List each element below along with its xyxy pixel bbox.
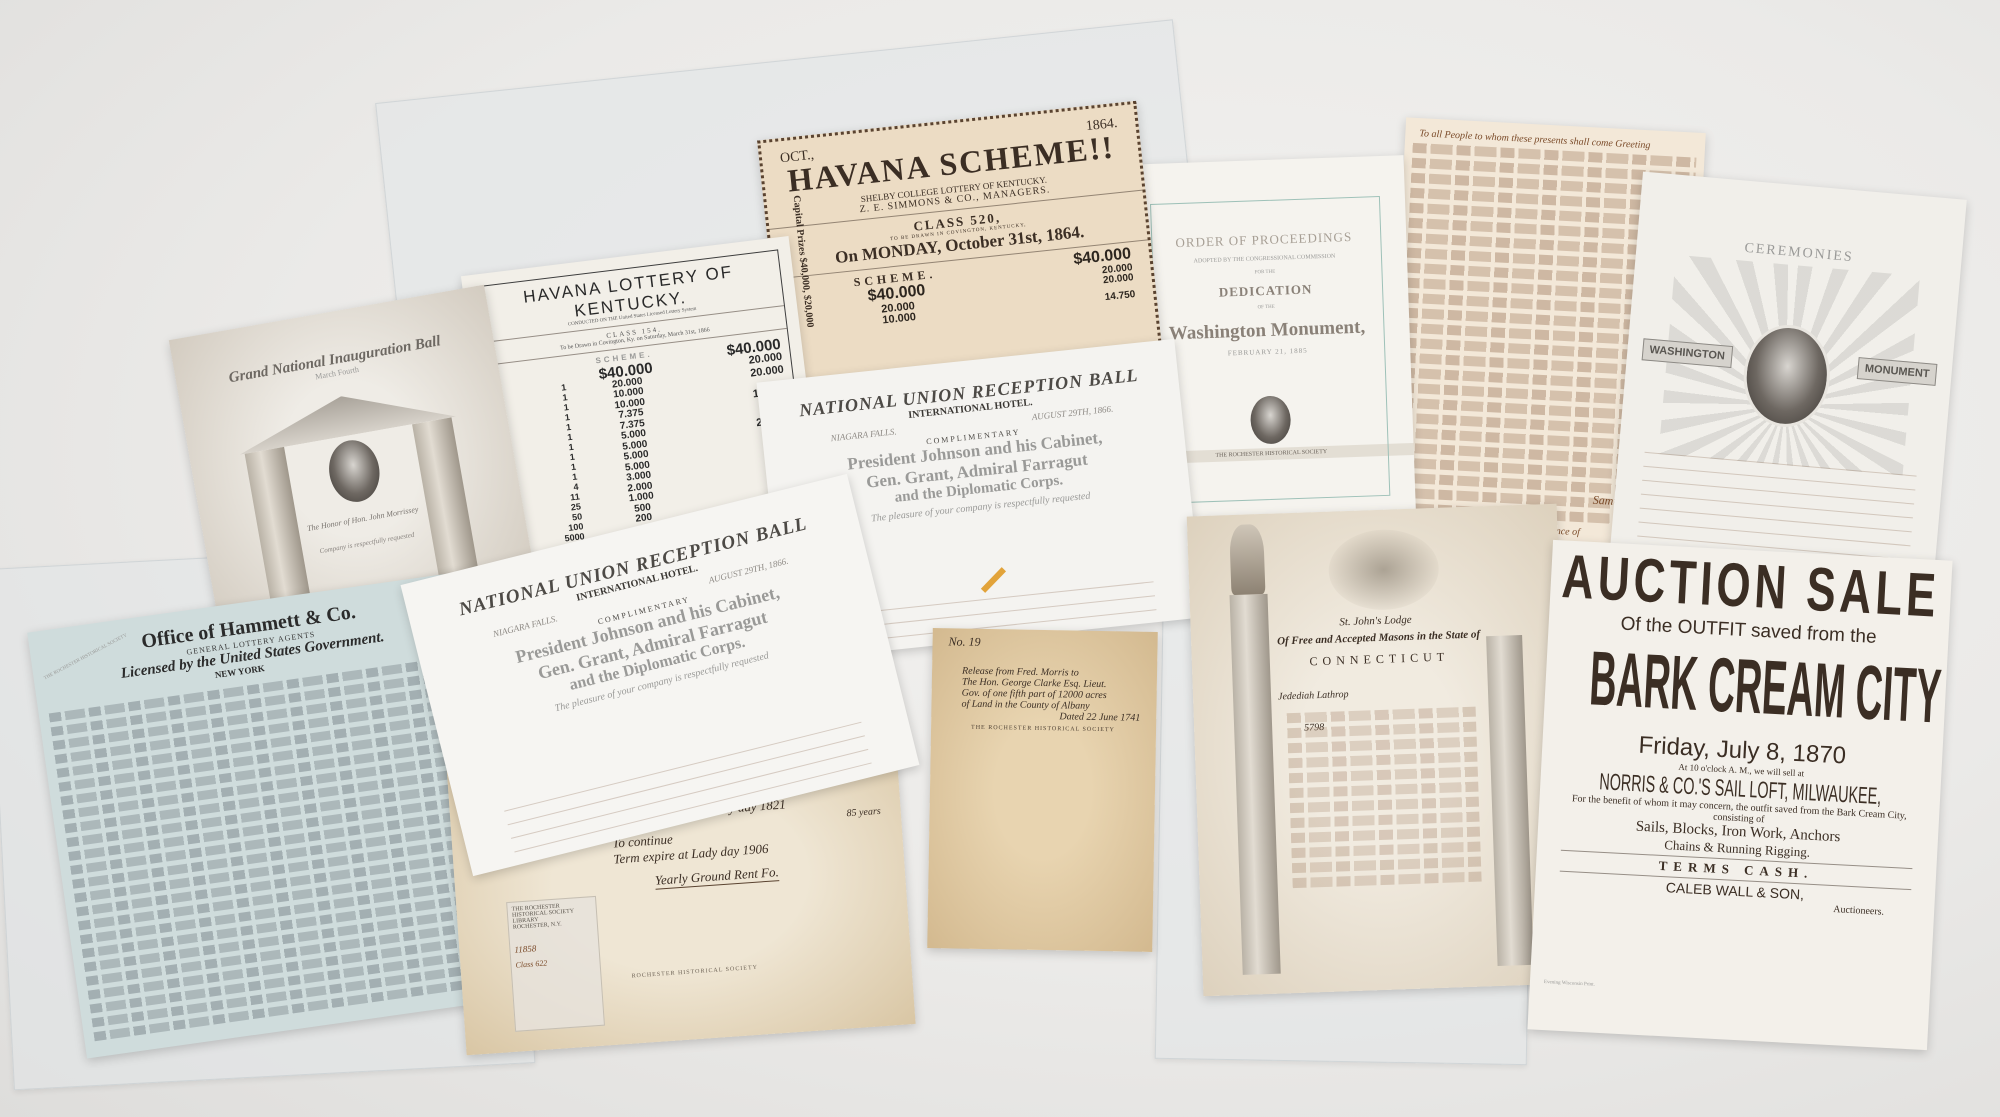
- masonic-lodge: St. John's Lodge: [1270, 611, 1480, 630]
- indenture-stamp: ROCHESTER HISTORICAL SOCIETY: [631, 965, 758, 980]
- masonic-text: [1279, 706, 1490, 893]
- auction-ship: BARK CREAM CITY: [1588, 636, 1904, 740]
- inauguration-title: Grand National Inauguration Ball: [176, 324, 494, 396]
- library-label: THE ROCHESTER HISTORICAL SOCIETY LIBRARY…: [506, 896, 605, 1032]
- angel-engraving: [1327, 528, 1440, 612]
- auction-printer: Evening Wisconsin Print.: [1544, 980, 1595, 988]
- inauguration-invitee: The Honor of Hon. John Morrissey: [298, 503, 428, 534]
- masonic-title: Of Free and Accepted Masons in the State…: [1271, 628, 1486, 647]
- washington-ceremonies-program: CEREMONIES WASHINGTON MONUMENT: [1608, 172, 1967, 599]
- masonic-certificate: St. John's Lodge Of Free and Accepted Ma…: [1187, 504, 1574, 997]
- masonic-name: Jedediah Lathrop: [1278, 689, 1349, 702]
- scheme-right-prize: 14.750: [1077, 290, 1136, 306]
- inauguration-company: Company is respectfully requested: [302, 528, 431, 558]
- auction-sale-poster: AUCTION SALE Of the OUTFIT saved from th…: [1527, 540, 1952, 1050]
- right-pillar: [1486, 635, 1533, 966]
- left-statue: [1229, 524, 1265, 595]
- banner-right: MONUMENT: [1857, 357, 1937, 386]
- inauguration-portrait: [324, 436, 384, 506]
- release-lines: Release from Fred. Morris to The Hon. Ge…: [931, 655, 1157, 724]
- masonic-state: CONNECTICUT: [1272, 648, 1487, 670]
- banner-left: WASHINGTON: [1642, 338, 1733, 368]
- release-docket: No. 19: [932, 628, 1157, 659]
- release-document: No. 19 Release from Fred. Morris to The …: [927, 628, 1158, 952]
- left-pillar: [1230, 594, 1281, 975]
